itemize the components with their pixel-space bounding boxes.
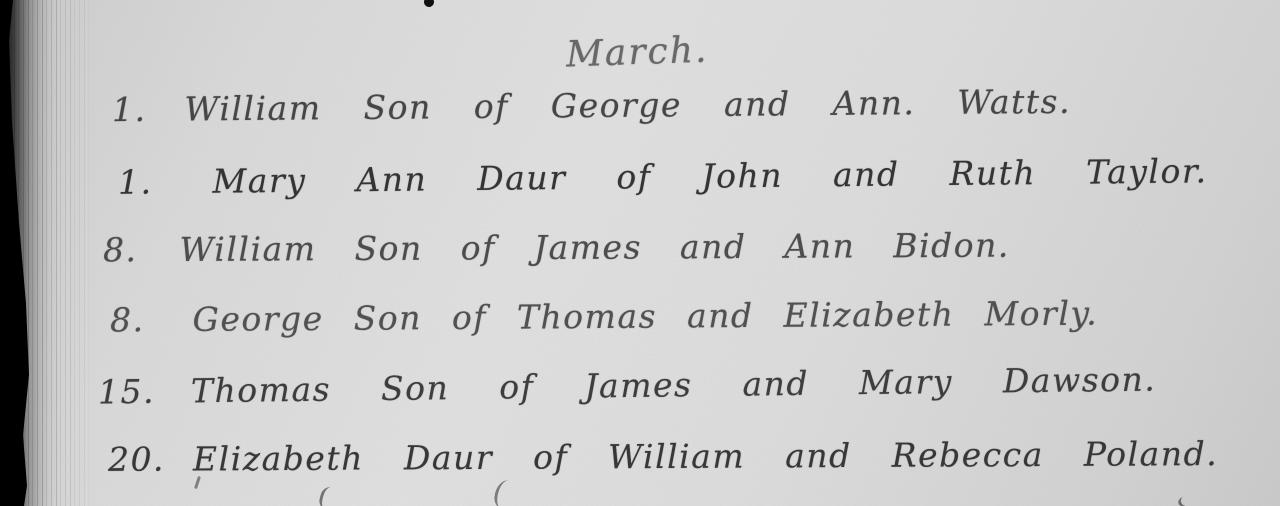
register-entry: 1.Mary Ann Daur of John and Ruth Taylor. xyxy=(118,151,1208,201)
entry-text: William Son of James and Ann Bidon. xyxy=(179,226,1010,269)
entry-text: William Son of George and Ann. Watts. xyxy=(184,82,1071,129)
month-heading: March. xyxy=(565,30,709,76)
cropped-ink-stroke xyxy=(318,485,340,506)
entry-day-number: 20. xyxy=(108,440,165,479)
entry-day-number: 15. xyxy=(98,372,155,412)
register-entry: 15.Thomas Son of James and Mary Dawson. xyxy=(98,360,1157,412)
entry-day-number: 8. xyxy=(110,300,145,339)
cropped-ink-stroke xyxy=(1177,494,1195,506)
entry-day-number: 8. xyxy=(103,230,138,269)
register-entry: 1.William Son of George and Ann. Watts. xyxy=(112,82,1071,129)
entry-text: Thomas Son of James and Mary Dawson. xyxy=(191,360,1157,411)
cropped-ink-mark xyxy=(422,0,435,9)
register-entry: 8.William Son of James and Ann Bidon. xyxy=(103,226,1010,270)
entry-text: George Son of Thomas and Elizabeth Morly… xyxy=(192,294,1098,339)
entry-text: Mary Ann Daur of John and Ruth Taylor. xyxy=(212,151,1207,200)
register-entry: 8.George Son of Thomas and Elizabeth Mor… xyxy=(110,294,1098,340)
cropped-ink-stroke xyxy=(493,479,517,506)
entry-day-number: 1. xyxy=(118,162,153,201)
register-page-scan: March. 1.William Son of George and Ann. … xyxy=(0,0,1280,506)
register-entry: 20.Elizabeth Daur of William and Rebecca… xyxy=(108,434,1218,479)
entry-day-number: 1. xyxy=(112,90,147,129)
entry-text: Elizabeth Daur of William and Rebecca Po… xyxy=(193,434,1218,478)
